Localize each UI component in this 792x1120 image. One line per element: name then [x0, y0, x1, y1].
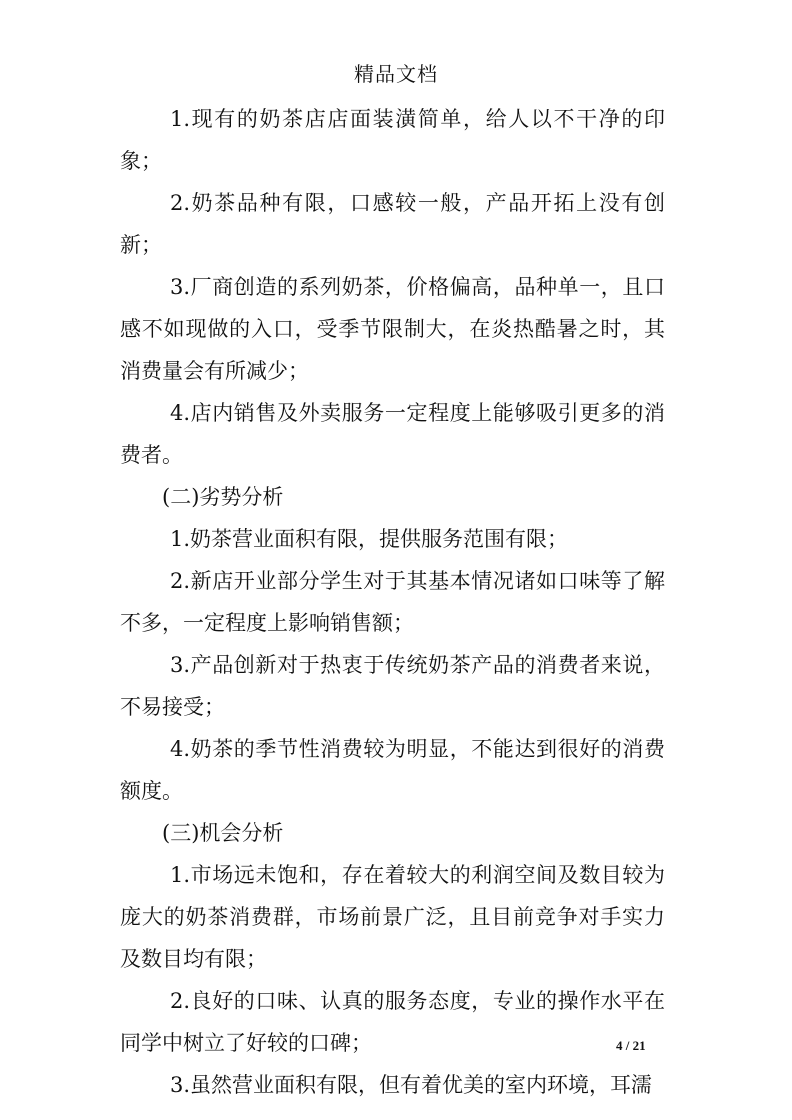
- section-heading-opportunity: (三)机会分析: [120, 812, 665, 854]
- list-item-weakness-3: 3.产品创新对于热衷于传统奶茶产品的消费者来说，不易接受；: [120, 644, 665, 728]
- list-item-weakness-4: 4.奶茶的季节性消费较为明显，不能达到很好的消费额度。: [120, 728, 665, 812]
- list-item-strength-3: 3.厂商创造的系列奶茶，价格偏高，品种单一，且口感不如现做的入口，受季节限制大，…: [120, 266, 665, 392]
- section-heading-weakness: (二)劣势分析: [120, 476, 665, 518]
- list-item-strength-4: 4.店内销售及外卖服务一定程度上能够吸引更多的消费者。: [120, 392, 665, 476]
- list-item-strength-2: 2.奶茶品种有限，口感较一般，产品开拓上没有创新；: [120, 182, 665, 266]
- list-item-weakness-1: 1.奶茶营业面积有限，提供服务范围有限；: [120, 518, 665, 560]
- list-item-weakness-2: 2.新店开业部分学生对于其基本情况诸如口味等了解不多，一定程度上影响销售额；: [120, 560, 665, 644]
- page-header-title: 精品文档: [0, 58, 792, 87]
- document-page: 精品文档 1.现有的奶茶店店面装潢简单，给人以不干净的印象； 2.奶茶品种有限，…: [0, 0, 792, 1120]
- document-body: 1.现有的奶茶店店面装潢简单，给人以不干净的印象； 2.奶茶品种有限，口感较一般…: [120, 98, 665, 1106]
- list-item-opportunity-1: 1.市场远未饱和，存在着较大的利润空间及数目较为庞大的奶茶消费群，市场前景广泛，…: [120, 854, 665, 980]
- page-number: 4 / 21: [616, 1038, 646, 1054]
- list-item-opportunity-2: 2.良好的口味、认真的服务态度，专业的操作水平在同学中树立了好较的口碑；: [120, 980, 665, 1064]
- list-item-strength-1: 1.现有的奶茶店店面装潢简单，给人以不干净的印象；: [120, 98, 665, 182]
- list-item-opportunity-3: 3.虽然营业面积有限，但有着优美的室内环境，耳濡: [120, 1064, 665, 1106]
